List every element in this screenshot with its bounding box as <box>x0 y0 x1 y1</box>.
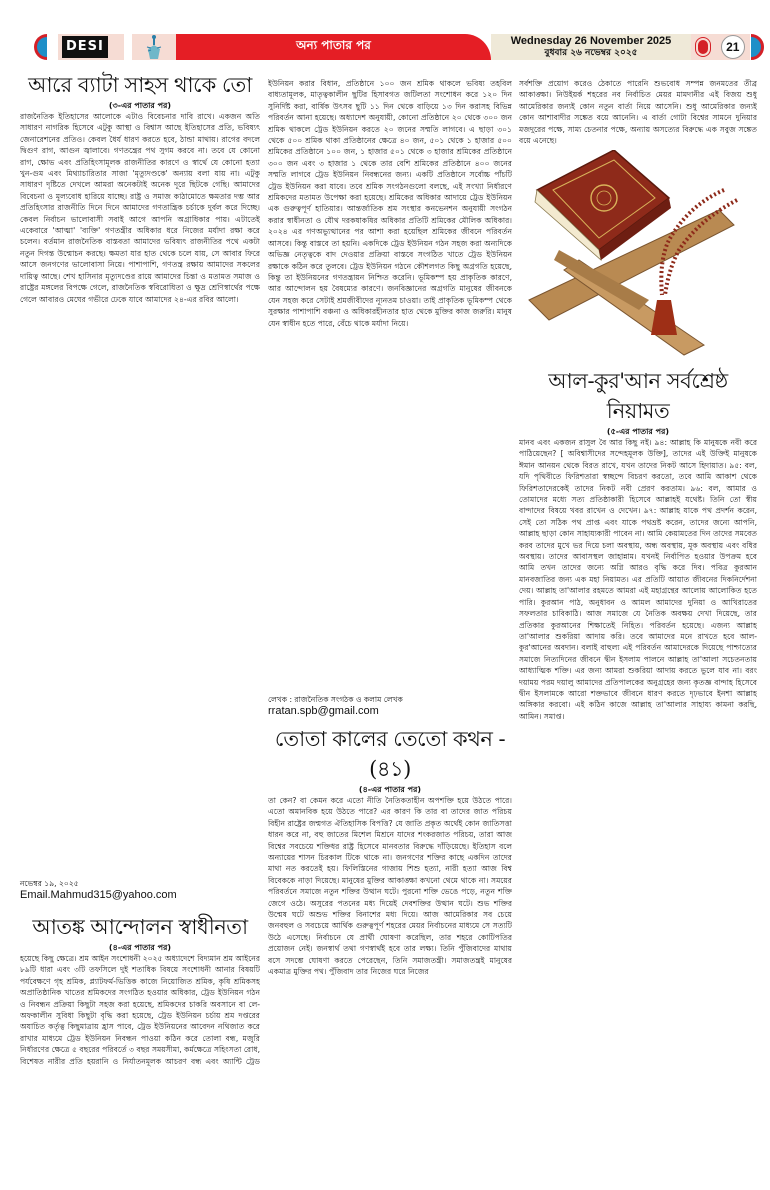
headline: আল-কুর'আন সর্বশ্রেষ্ঠ নিয়ামত <box>519 366 757 426</box>
article-al-quran: আল-কুর'আন সর্বশ্রেষ্ঠ নিয়ামত (৫-এর পাতা… <box>519 366 757 1190</box>
article-body: মানব এবং একজন রাসুল বৈ আর কিছু নই। ৯৪: আ… <box>519 437 757 1190</box>
article-tota-continued: সর্বশক্তি প্রয়োগ করেও ঠেকাতে পারেনি শুভ… <box>519 78 757 148</box>
column-1: আরে ব্যাটা সাহস থাকে তো (৩-এর পাতার পর) … <box>20 64 260 1067</box>
statue-of-liberty-icon <box>132 34 176 60</box>
date-bengali: বুধবার ২৬ নভেম্বর ২০২৫ <box>544 47 637 59</box>
article-body: রাজনৈতিক ইতিহাসের আলোকে এটাও বিবেচনার দা… <box>20 111 260 878</box>
headline: আতঙ্ক আন্দোলন স্বাধীনতা <box>20 912 260 942</box>
continued-note: (৪-এর পাতার পর) <box>20 942 260 953</box>
date-line: নভেম্বর ১৯, ২০২৫ <box>20 878 260 889</box>
page-number-box: 21 <box>691 34 750 60</box>
section-label: অন্য পাতার পর <box>176 34 491 60</box>
date-english: Wednesday 26 November 2025 <box>511 35 672 47</box>
article-body: ইউনিয়ন করার বিধান, প্রতিষ্ঠানে ১০০ জন শ… <box>268 78 512 694</box>
article-body: তা কেন? বা কেমন করে এতো নীতি নৈতিকতাহীন … <box>268 795 512 1165</box>
article-atanko-continued: ইউনিয়ন করার বিধান, প্রতিষ্ঠানে ১০০ জন শ… <box>268 78 512 718</box>
author-email[interactable]: Email.Mahmud315@yahoo.com <box>20 889 260 902</box>
logo-arc-icon <box>34 34 60 60</box>
article-body: হয়েছে কিছু ক্ষেত্রে। শ্রম আইন সংশোধনী ২… <box>20 953 260 1067</box>
headline: তোতা কালের তেতো কথন - (৪১) <box>268 724 512 784</box>
author-email[interactable]: rratan.spb@gmail.com <box>268 705 512 718</box>
mini-logo-icon <box>696 38 710 56</box>
quran-image <box>519 150 757 360</box>
headline: আরে ব্যাটা সাহস থাকে তো <box>20 70 260 100</box>
author-line: লেখক : রাজনৈতিক সংগঠক ও কলাম লেখক <box>268 694 512 705</box>
page-header: DESI অন্য পাতার পর Wednesday 26 November… <box>34 34 750 60</box>
newspaper-logo: DESI <box>34 34 130 60</box>
page-number: 21 <box>721 35 745 59</box>
continued-note: (৩-এর পাতার পর) <box>20 100 260 111</box>
article-are-byata: আরে ব্যাটা সাহস থাকে তো (৩-এর পাতার পর) … <box>20 70 260 902</box>
continued-note: (৪-এর পাতার পর) <box>268 784 512 795</box>
date-box: Wednesday 26 November 2025 বুধবার ২৬ নভে… <box>491 34 691 60</box>
logo-text: DESI <box>62 36 108 58</box>
article-body: সর্বশক্তি প্রয়োগ করেও ঠেকাতে পারেনি শুভ… <box>519 78 757 148</box>
article-tota-kaler: তোতা কালের তেতো কথন - (৪১) (৪-এর পাতার প… <box>268 724 512 1165</box>
column-3: সর্বশক্তি প্রয়োগ করেও ঠেকাতে পারেনি শুভ… <box>519 64 757 1190</box>
column-2: ইউনিয়ন করার বিধান, প্রতিষ্ঠানে ১০০ জন শ… <box>268 64 512 1165</box>
article-atanko: আতঙ্ক আন্দোলন স্বাধীনতা (৪-এর পাতার পর) … <box>20 912 260 1067</box>
continued-note: (৫-এর পাতার পর) <box>519 426 757 437</box>
